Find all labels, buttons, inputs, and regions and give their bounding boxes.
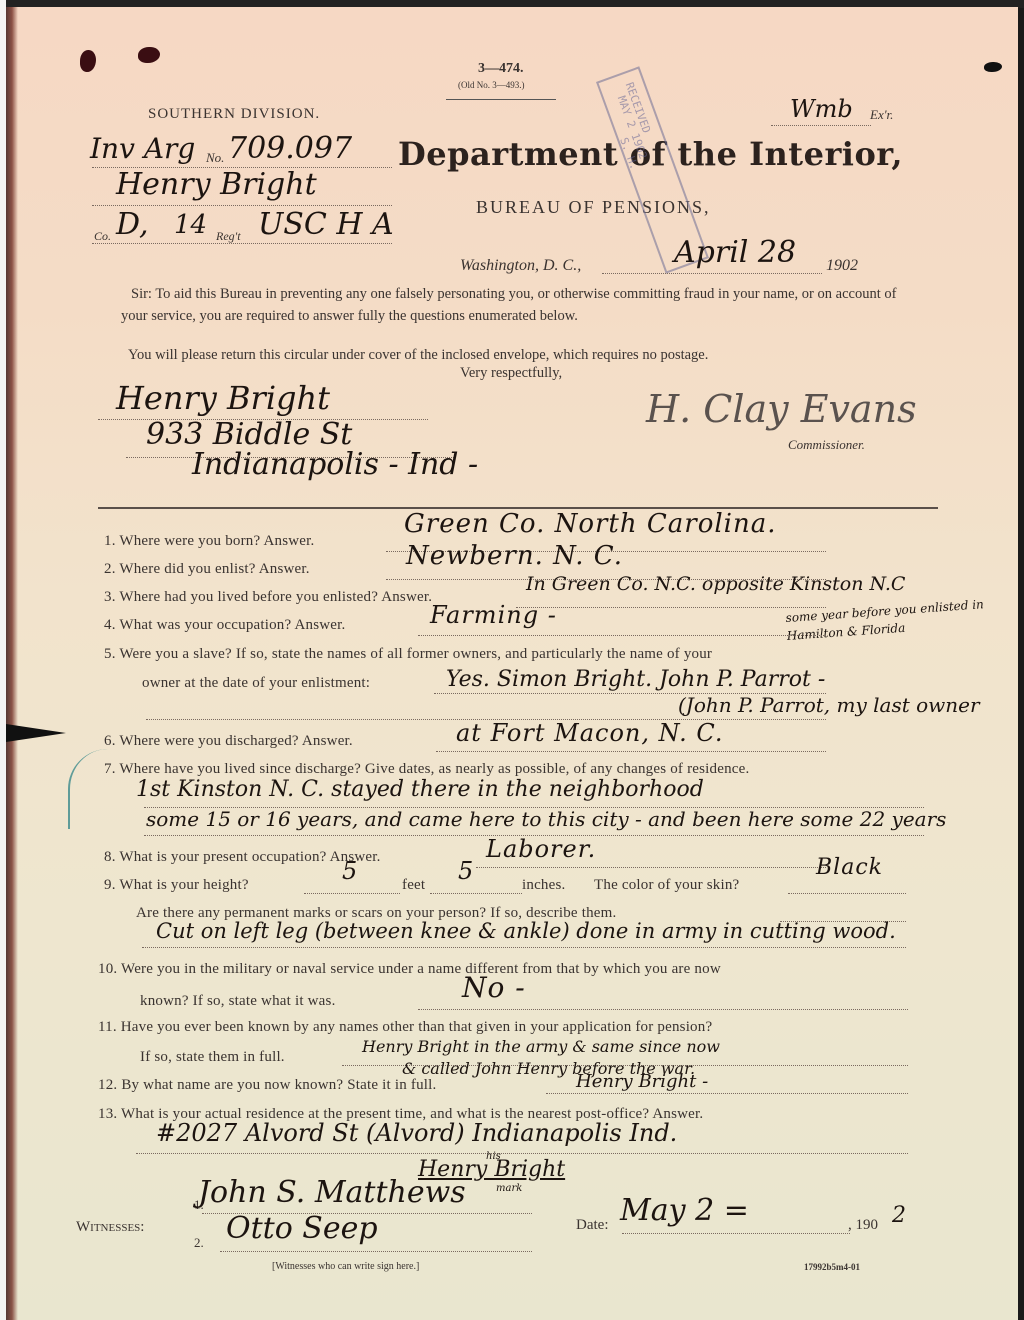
- closing: Very respectfully,: [460, 365, 562, 382]
- commissioner-label: Commissioner.: [788, 437, 865, 453]
- answer-5: Yes. Simon Bright. John P. Parrot -: [446, 667, 825, 692]
- answer-2: Newbern. N. C.: [406, 541, 623, 571]
- dotted-line: [304, 893, 400, 894]
- question-8: 8. What is your present occupation? Answ…: [104, 849, 381, 866]
- examiner-initials: Wmb: [790, 95, 853, 123]
- file-prefix: Inv Arg: [90, 132, 195, 165]
- answer-3: In Green Co. N.C. opposite Kinston N.C: [526, 573, 905, 595]
- question-11: 11. Have you ever been known by any name…: [98, 1019, 712, 1036]
- question-number: 10.: [98, 961, 117, 977]
- witness-2-signature: Otto Seep: [226, 1211, 378, 1246]
- question-text: Where were you born? Answer.: [119, 533, 314, 549]
- question-text: Were you in the military or naval servic…: [121, 961, 721, 977]
- dotted-line: [136, 1153, 908, 1154]
- skin-color-label: The color of your skin?: [594, 877, 739, 894]
- marks-answer: Cut on left leg (between knee & ankle) d…: [156, 919, 896, 943]
- question-text: Where have you lived since discharge? Gi…: [119, 761, 749, 777]
- division-label: SOUTHERN DIVISION.: [148, 106, 320, 123]
- question-text: Have you ever been known by any names ot…: [121, 1019, 713, 1035]
- his-mark-bottom: mark: [496, 1183, 522, 1194]
- ink-blot: [984, 62, 1002, 72]
- answer-6: at Fort Macon, N. C.: [456, 719, 723, 747]
- witness-1-signature: John S. Matthews: [198, 1175, 466, 1210]
- question-number: 12.: [98, 1077, 117, 1093]
- dotted-line: [92, 243, 392, 244]
- question-text: By what name are you now known? State it…: [121, 1077, 436, 1093]
- dotted-line: [788, 893, 906, 894]
- regiment-value: USC H A: [258, 207, 394, 242]
- file-no-label: No.: [206, 150, 224, 166]
- question-9: 9. What is your height?: [104, 877, 249, 894]
- question-2: 2. Where did you enlist? Answer.: [104, 561, 310, 578]
- return-instructions: You will please return this circular und…: [128, 347, 708, 364]
- answer-8: Laborer.: [486, 835, 596, 863]
- dotted-line: [622, 1233, 850, 1234]
- ink-blot: [80, 50, 96, 72]
- question-3: 3. Where had you lived before you enlist…: [104, 589, 432, 606]
- question-number: 6.: [104, 733, 116, 749]
- question-1: 1. Where were you born? Answer.: [104, 533, 314, 550]
- answer-4: Farming -: [430, 601, 557, 629]
- question-text: What is your height?: [119, 877, 248, 893]
- dotted-line: [771, 125, 871, 126]
- question-7: 7. Where have you lived since discharge?…: [104, 761, 749, 778]
- intro-paragraph: Sir: To aid this Bureau in preventing an…: [121, 283, 917, 327]
- question-11-continued: If so, state them in full.: [140, 1049, 285, 1066]
- height-feet: 5: [342, 857, 358, 885]
- question-number: 9.: [104, 877, 116, 893]
- file-number: 709.097: [228, 131, 352, 166]
- soldier-name: Henry Bright: [116, 167, 317, 202]
- question-number: 3.: [104, 589, 116, 605]
- divider: [446, 99, 556, 100]
- question-text: Were you a slave? If so, state the names…: [119, 646, 712, 662]
- question-number: 13.: [98, 1106, 117, 1122]
- question-4: 4. What was your occupation? Answer.: [104, 617, 345, 634]
- answer-1: Green Co. North Carolina.: [404, 509, 777, 539]
- date-year-suffix: 2: [892, 1203, 906, 1228]
- feet-label: feet: [402, 877, 425, 894]
- commissioner-signature: H. Clay Evans: [646, 387, 917, 431]
- dotted-line: [516, 607, 826, 608]
- dotted-line: [436, 751, 826, 752]
- address-city: Indianapolis - Ind -: [192, 447, 478, 482]
- inches-label: inches.: [522, 877, 565, 894]
- regiment-label: Reg't: [216, 229, 241, 244]
- dotted-line: [430, 893, 522, 894]
- dotted-line: [546, 1093, 908, 1094]
- answer-3-note: some year before you enlisted in Hamilto…: [785, 593, 1017, 645]
- dotted-line: [418, 635, 826, 636]
- question-6: 6. Where were you discharged? Answer.: [104, 733, 353, 750]
- witnesses-label: Witnesses:: [76, 1219, 144, 1236]
- print-code: 17992b5m4-01: [804, 1262, 860, 1272]
- form-number: 3—474.: [478, 61, 524, 77]
- question-5: 5. Were you a slave? If so, state the na…: [104, 646, 712, 663]
- answer-5-continued: (John P. Parrot, my last owner: [678, 693, 980, 717]
- address-name: Henry Bright: [116, 379, 330, 417]
- question-5-continued: owner at the date of your enlistment:: [142, 675, 370, 692]
- answer-7: 1st Kinston N. C. stayed there in the ne…: [136, 777, 704, 802]
- question-number: 2.: [104, 561, 116, 577]
- dotted-line: [476, 867, 826, 868]
- his-mark-top: his: [486, 1151, 501, 1162]
- question-text: Where were you discharged? Answer.: [119, 733, 353, 749]
- old-form-number: (Old No. 3—493.): [458, 80, 525, 90]
- letter-date: April 28: [674, 235, 796, 270]
- question-10-continued: known? If so, state what it was.: [140, 993, 336, 1010]
- answer-12: Henry Bright -: [576, 1071, 708, 1092]
- question-text: What was your occupation? Answer.: [119, 617, 345, 633]
- question-text: Where did you enlist? Answer.: [119, 561, 309, 577]
- black-arrow-mark: [6, 724, 66, 742]
- date-value: May 2 =: [620, 1193, 749, 1228]
- place-label: Washington, D. C.,: [460, 257, 581, 275]
- regiment-number: 14: [174, 210, 207, 240]
- company-value: D,: [116, 207, 149, 242]
- answer-13: #2027 Alvord St (Alvord) Indianapolis In…: [156, 1119, 677, 1147]
- pension-questionnaire-document: 3—474. (Old No. 3—493.) SOUTHERN DIVISIO…: [6, 7, 1018, 1320]
- dotted-line: [418, 1009, 908, 1010]
- question-number: 1.: [104, 533, 116, 549]
- ink-blot: [138, 47, 160, 63]
- skin-color-answer: Black: [816, 855, 883, 880]
- question-number: 5.: [104, 646, 116, 662]
- date-year-prefix: , 190: [848, 1217, 878, 1234]
- question-12: 12. By what name are you now known? Stat…: [98, 1077, 436, 1094]
- question-number: 4.: [104, 617, 116, 633]
- dotted-line: [220, 1251, 532, 1252]
- dotted-line: [92, 205, 392, 206]
- paper-edge: [6, 7, 18, 1320]
- answer-7-continued: some 15 or 16 years, and came here to th…: [146, 807, 946, 831]
- question-number: 7.: [104, 761, 116, 777]
- answer-10: No -: [462, 971, 526, 1004]
- question-10: 10. Were you in the military or naval se…: [98, 961, 721, 978]
- letter-year: 1902: [826, 257, 858, 275]
- company-label: Co.: [94, 229, 111, 244]
- witness-footnote: [Witnesses who can write sign here.]: [272, 1261, 419, 1272]
- height-inches: 5: [458, 857, 474, 885]
- question-text: Where had you lived before you enlisted?…: [119, 589, 432, 605]
- dotted-line: [602, 273, 822, 274]
- dotted-line: [142, 947, 906, 948]
- witness-2-number: 2.: [194, 1235, 204, 1251]
- answer-11: Henry Bright in the army & same since no…: [362, 1037, 720, 1056]
- question-number: 8.: [104, 849, 116, 865]
- question-number: 11.: [98, 1019, 117, 1035]
- date-label: Date:: [576, 1217, 608, 1234]
- examiner-label: Ex'r.: [870, 107, 893, 123]
